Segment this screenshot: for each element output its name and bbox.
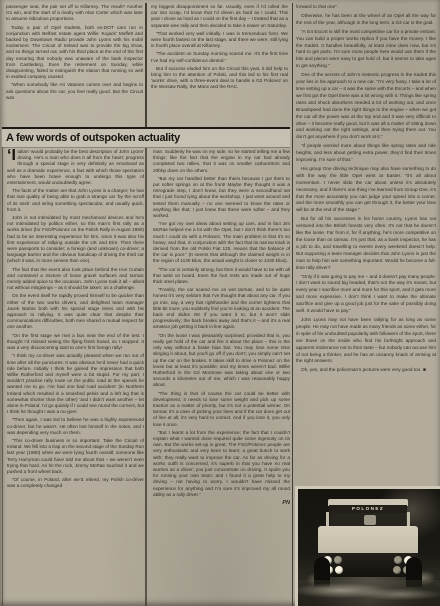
paragraph: But for all his successes in his home co…: [296, 216, 436, 271]
main-article-column-3: forward to that one”. Otherwise, he has …: [296, 4, 436, 482]
paragraph: “A G4 Escort is still the most competiti…: [296, 29, 436, 70]
paragraph: Otherwise, he has been at the wheel of a…: [296, 13, 436, 27]
fog-lamp: [393, 566, 401, 574]
end-of-article-marker: ■: [423, 367, 426, 373]
paragraph: John Lyons may not have been rallying fo…: [296, 317, 436, 365]
paragraph: ‘Italian’ would probably be the best des…: [7, 149, 144, 186]
paragraph: “That worked very well initially. I was …: [151, 31, 288, 50]
water-reflection: [298, 580, 440, 606]
windscreen: [330, 513, 406, 527]
paragraph: “Frankly, the car scared me on wet tarma…: [153, 287, 290, 330]
paragraph: “On the first stage we met a bus near th…: [7, 333, 144, 352]
paragraph: “But my car handled better than theirs b…: [153, 176, 290, 219]
paragraph: But if success eluded him on the Circuit…: [151, 66, 288, 91]
paragraph: “Only if it was going to pay me – and it…: [296, 274, 436, 315]
main-article-column-1: passenger seat, the pair set off to Kill…: [6, 4, 143, 128]
paragraph-text: talian’ would probably be the best descr…: [7, 149, 144, 185]
photo-scene: POLONEZ: [298, 489, 440, 606]
drop-cap: ‘I: [7, 150, 16, 162]
paragraph: “The accident on Sunday morning scared m…: [151, 51, 288, 63]
paragraph: Today a pair of Opel Kadetts, both ex-DO…: [6, 25, 143, 81]
paragraph: His group One driving technique may also…: [296, 166, 436, 214]
column-divider: [145, 3, 147, 127]
car-bonnet: [318, 526, 418, 554]
paragraph: passenger seat, the pair set off to Kill…: [6, 4, 143, 23]
headlamp: [394, 556, 402, 564]
boxed-article: ‘Italian’ would probably be the best des…: [2, 147, 292, 606]
rally-car: POLONEZ: [318, 499, 418, 585]
paragraph: “I’ve got my own ideas about setting up …: [153, 221, 290, 264]
paragraph: “If people worried more about things lik…: [296, 143, 436, 164]
boxed-article-title: A few words of outspoken actuality: [2, 129, 290, 146]
paragraph: “Of course, in Poland, after we’d retire…: [7, 477, 144, 489]
fog-lamp: [335, 566, 343, 574]
driver-silhouette: [364, 515, 376, 525]
paragraph: “This co-driver business is so important…: [7, 438, 144, 475]
boxed-article-column-2: man. Suddenly he was on my side, so he s…: [153, 149, 290, 604]
paragraph: “When somebody like Ari Vatanen comes ov…: [6, 82, 143, 101]
paragraph: John is not intimidated by most mechanic…: [7, 215, 144, 265]
paragraph: forward to that one”.: [296, 4, 436, 11]
scanned-page: passenger seat, the pair set off to Kill…: [0, 0, 440, 606]
paragraph: “Then again, I was led to believe he was…: [7, 417, 144, 436]
boxed-article-heading-bar: A few words of outspoken actuality: [2, 127, 290, 147]
paragraph: “I think my co-driver was actually pleas…: [7, 353, 144, 415]
paragraph: The facts of the matter are that John Ly…: [7, 188, 144, 213]
paragraph: On the event itself he rapidly proved hi…: [7, 293, 144, 330]
paragraph: my biggest disappointment so far. Usuall…: [151, 4, 288, 29]
paragraph-text: Oh, yes, and the policeman’s pictures we…: [301, 367, 423, 372]
main-article-column-2: my biggest disappointment so far. Usuall…: [151, 4, 288, 128]
paragraph: One of the secrets of John’s meteoric pr…: [296, 72, 436, 141]
paragraph: “The car is certainly strong, but then i…: [153, 267, 290, 286]
car-photo: POLONEZ: [295, 486, 440, 606]
paragraph: “On the loose I was pleasantly surprised…: [153, 333, 290, 389]
headlamp: [334, 556, 342, 564]
byline-initials: PN: [153, 500, 290, 506]
paragraph: Oh, yes, and the policeman’s pictures we…: [296, 367, 436, 374]
paragraph: The fact that the event also took place …: [7, 267, 144, 292]
paragraph: man. Suddenly he was on my side, so he s…: [153, 149, 290, 174]
car-grille: [318, 553, 418, 577]
paragraph: “But I learnt a lot from the experience;…: [153, 430, 290, 498]
paragraph: “The thing is that of course the car cou…: [153, 391, 290, 428]
boxed-article-column-1: ‘Italian’ would probably be the best des…: [7, 149, 144, 604]
